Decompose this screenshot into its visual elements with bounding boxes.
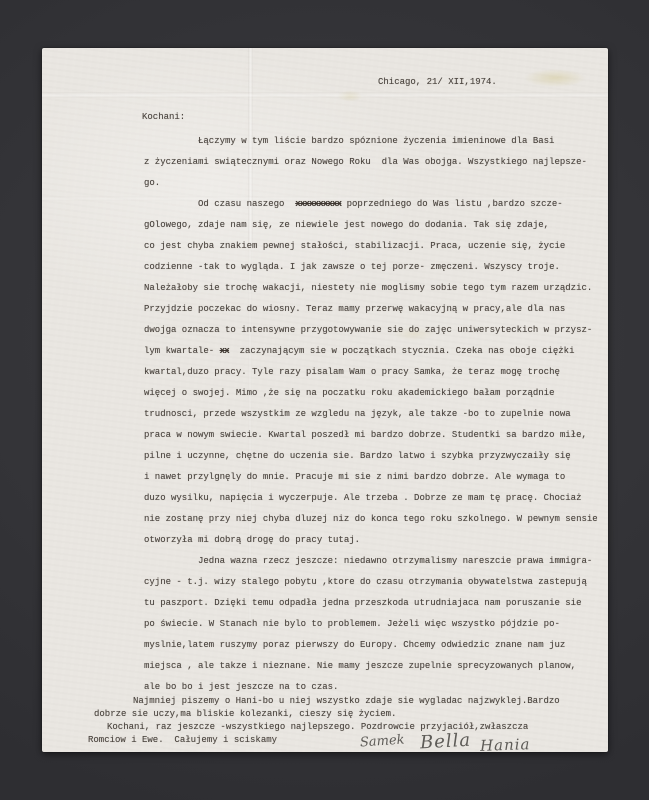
letter-line: nie zostanę przy niej chyba dluzej niz d…: [144, 509, 604, 530]
typed-strikeout: xxxxxxxxxx: [295, 199, 341, 209]
letter-line: Łączymy w tym liście bardzo spóznione ży…: [144, 131, 604, 152]
letter-body: Łączymy w tym liście bardzo spóznione ży…: [144, 131, 604, 698]
letter-line: po świecie. W Stanach nie bylo to proble…: [144, 614, 604, 635]
letter-line: go.: [144, 173, 604, 194]
letter-line: Jedna wazna rzecz jeszcze: niedawno otrz…: [144, 551, 604, 572]
letter-line: kwartal,duzo pracy. Tyle razy pisalam Wa…: [144, 362, 604, 383]
photo-mount-background: Chicago, 21/ XII,1974. Kochani: Łączymy …: [0, 0, 649, 800]
letter-line: otworzyła mi dobrą drogę do pracy tutaj.: [144, 530, 604, 551]
letter-line: więcej o swojej. Mimo ,że się na poczatk…: [144, 383, 604, 404]
letter-page: Chicago, 21/ XII,1974. Kochani: Łączymy …: [42, 48, 608, 752]
letter-line: tu paszport. Dzięki temu odpadła jedna p…: [144, 593, 604, 614]
letter-salutation: Kochani:: [142, 107, 185, 128]
letter-line: duzo wysilku, napięcia i wyczerpuje. Ale…: [144, 488, 604, 509]
letter-line: praca w nowym swiecie. Kwartal poszedł m…: [144, 425, 604, 446]
letter-line: Przyjdzie poczekac do wiosny. Teraz mamy…: [144, 299, 604, 320]
letter-closing-line: Kochani, raz jeszcze -wszystkiego najlep…: [88, 721, 608, 734]
letter-closing-line: Romciow i Ewe. Całujemy i sciskamy: [88, 734, 608, 747]
letter-line: pilne i uczynne, chętne do uczenia sie. …: [144, 446, 604, 467]
letter-closing-block: Najmniej piszemy o Hani-bo u niej wszyst…: [88, 695, 608, 747]
letter-line: miejsca , ale takze i nieznane. Nie mamy…: [144, 656, 604, 677]
letter-line: co jest chyba znakiem pewnej stałości, s…: [144, 236, 604, 257]
letter-closing-line: Najmniej piszemy o Hani-bo u niej wszyst…: [88, 695, 608, 708]
letter-line: i nawet przylgnęly do mnie. Pracuje mi s…: [144, 467, 604, 488]
letter-dateline: Chicago, 21/ XII,1974.: [378, 72, 497, 93]
letter-line: codzienne -tak to wygląda. I jak zawsze …: [144, 257, 604, 278]
letter-line: lym kwartale- xx zaczynającym sie w pocz…: [144, 341, 604, 362]
letter-line: cyjne - t.j. wizy stalego pobytu ,ktore …: [144, 572, 604, 593]
letter-line: z życzeniami swiątecznymi oraz Nowego Ro…: [144, 152, 604, 173]
letter-line: myslnie,latem ruszymy poraz pierwszy do …: [144, 635, 604, 656]
letter-line: trudnosci, przede wszystkim ze wzgledu n…: [144, 404, 604, 425]
letter-line: gOlowego, zdaje nam się, ze niewiele jes…: [144, 215, 604, 236]
letter-line: dwojga oznacza to intensywne przygotowyw…: [144, 320, 604, 341]
letter-line: Od czasu naszego xxxxxxxxxx poprzedniego…: [144, 194, 604, 215]
typed-strikeout: xx: [220, 346, 229, 356]
letter-line: Należałoby sie trochę wakacji, niestety …: [144, 278, 604, 299]
letter-closing-line: dobrze sie uczy,ma bliskie kolezanki, ci…: [88, 708, 608, 721]
fold-crease-horizontal: [42, 92, 608, 98]
